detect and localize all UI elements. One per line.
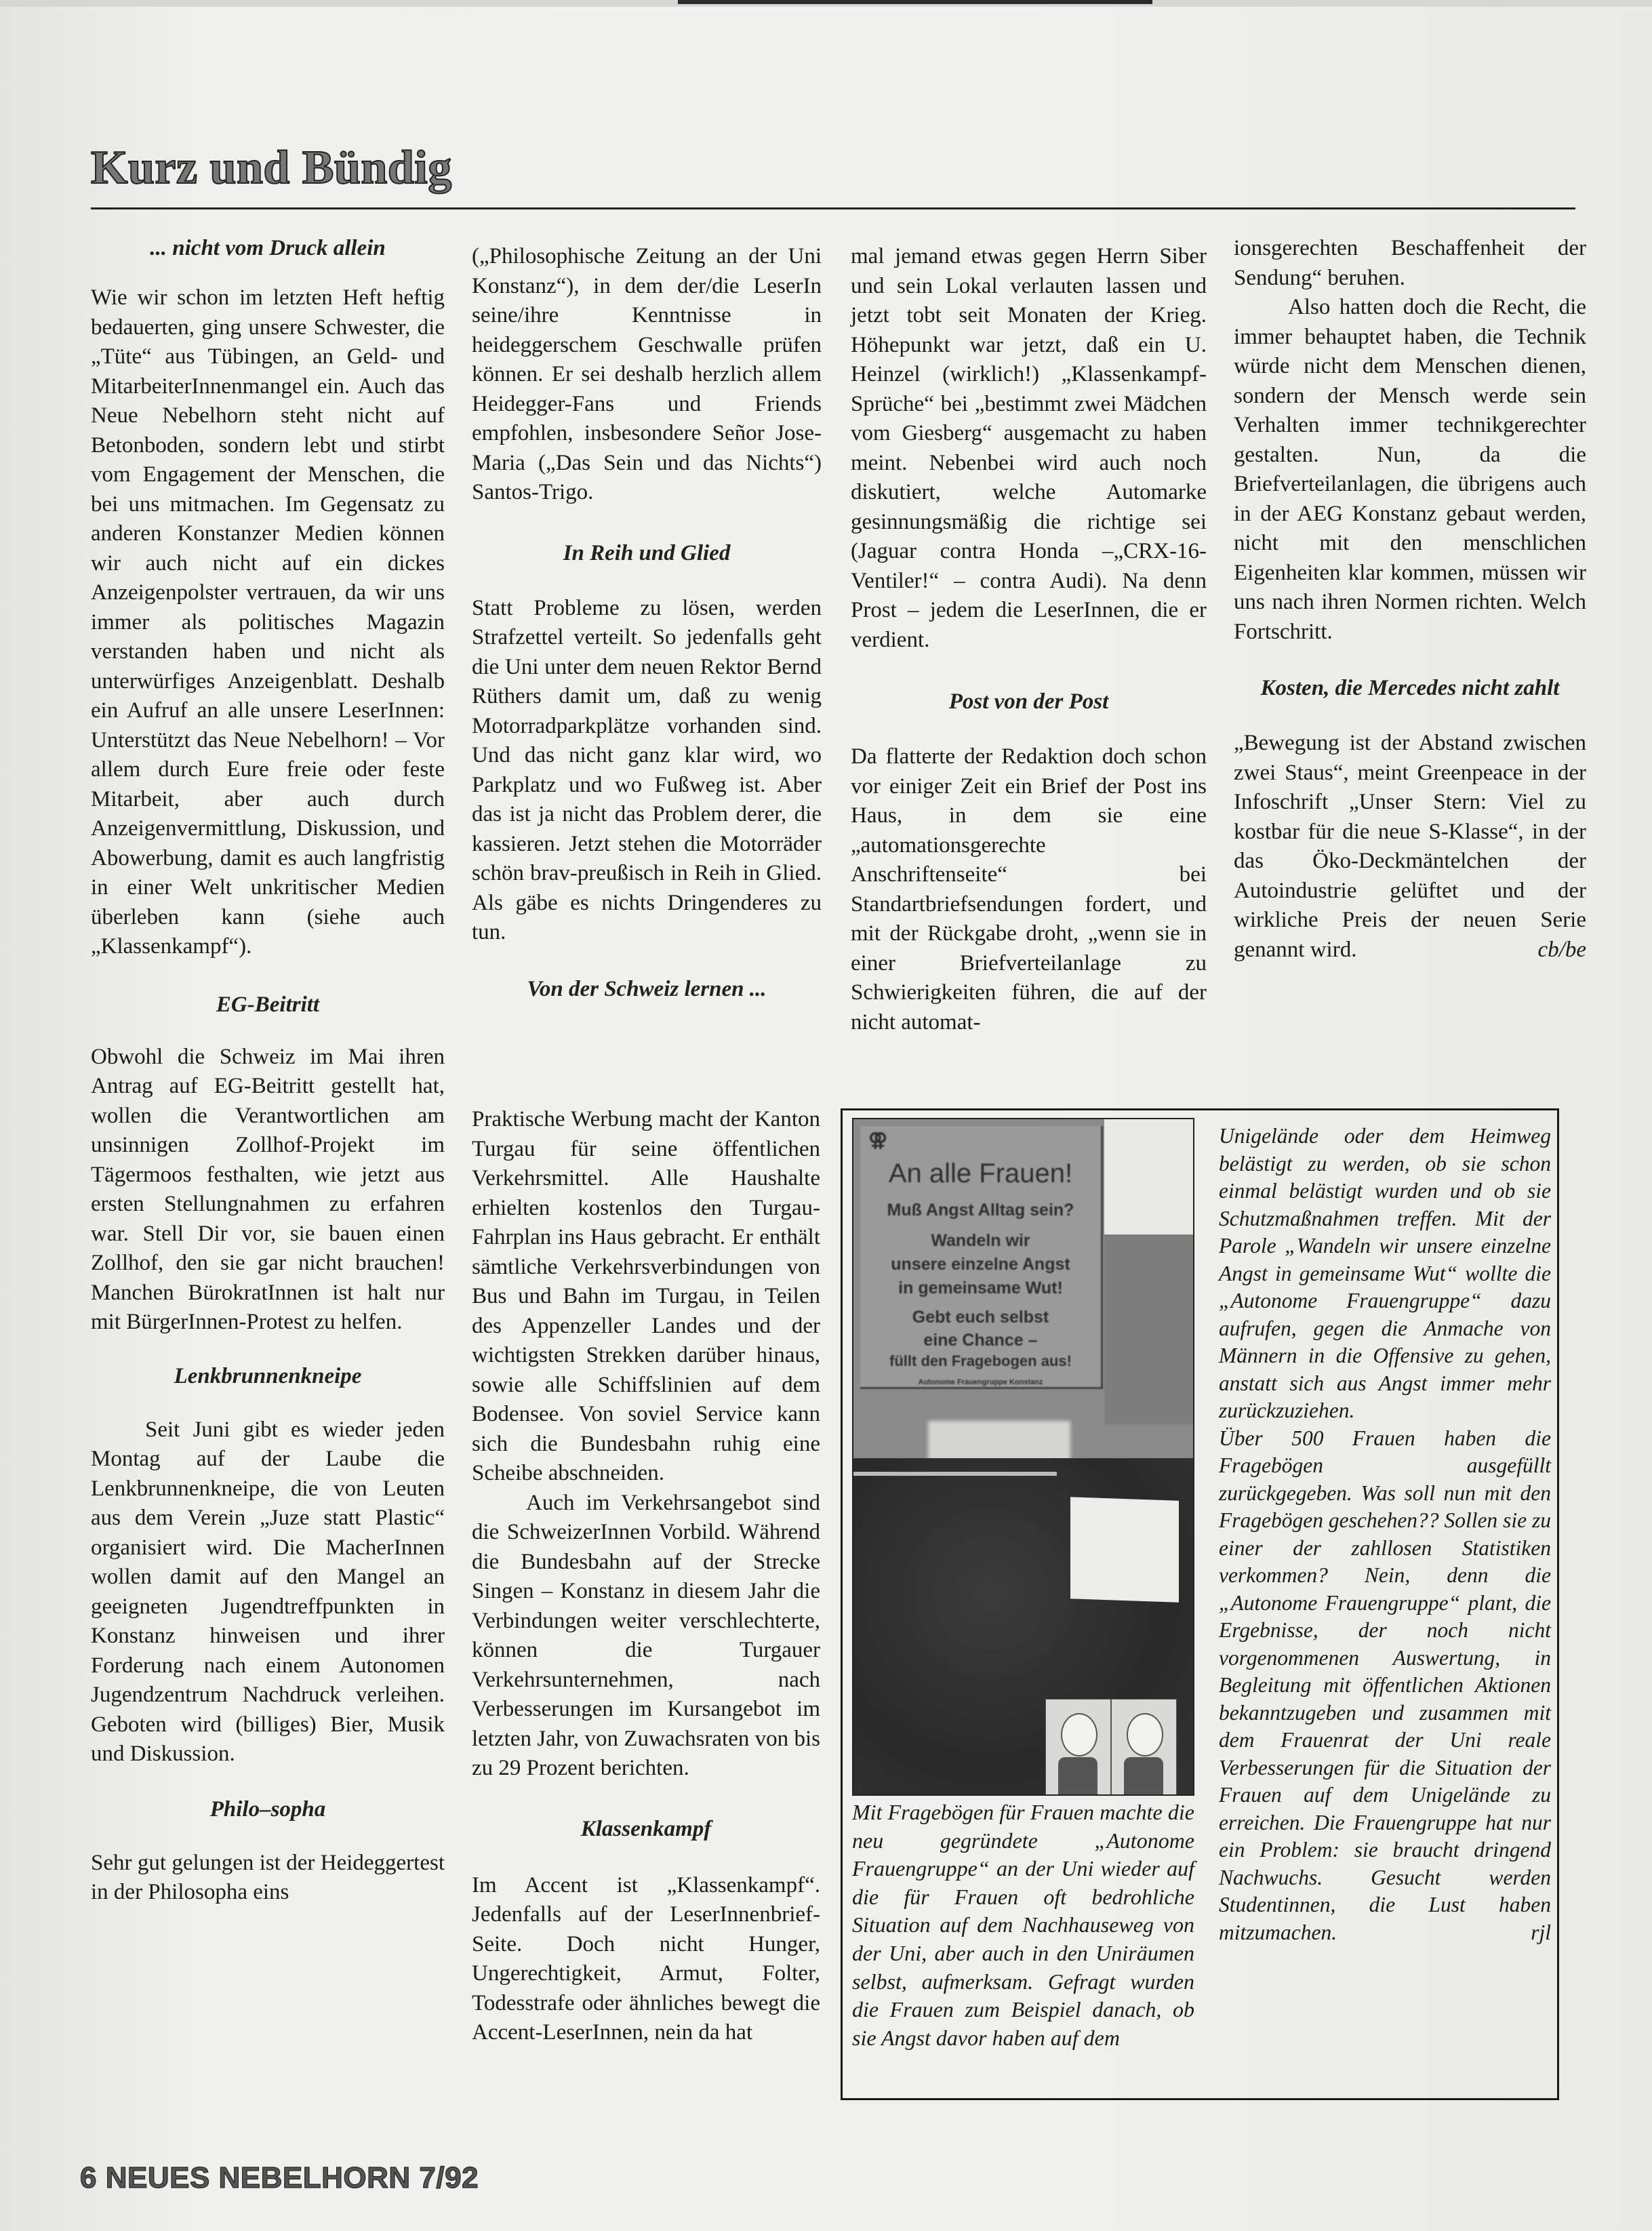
author-signature: cb/be: [1538, 936, 1586, 965]
article-body: Auch im Verkehrsangebot sind die Schweiz…: [472, 1489, 820, 1784]
placard-line: Autonome Frauengruppe Konstanz: [860, 1378, 1101, 1386]
figure-body: [1124, 1757, 1163, 1794]
article-heading: In Reih und Glied: [472, 539, 822, 568]
article-body: Im Accent ist „Klassenkampf“. Jedenfalls…: [472, 1871, 820, 2048]
boxed-paragraph: Unigelände oder dem Heimweg belästigt zu…: [1219, 1123, 1551, 1425]
article-heading: Von der Schweiz lernen ...: [472, 975, 822, 1004]
photo-caption: Mit Fragebögen für Frauen machte die neu…: [852, 1798, 1194, 2052]
placard-line: Wandeln wir: [860, 1231, 1101, 1251]
placard-line: füllt den Fragebogen aus!: [860, 1352, 1101, 1370]
article-body: „Bewegung ist der Abstand zwischen zwei …: [1234, 729, 1586, 965]
face-icon: [1127, 1713, 1163, 1756]
article-body: Da flatterte der Redaktion doch schon vo…: [851, 742, 1207, 1037]
article-body: Obwohl die Schweiz im Mai ihren Antrag a…: [91, 1043, 445, 1338]
face-icon: [1061, 1713, 1097, 1756]
sticker-left: [1045, 1699, 1111, 1795]
title-rule: [91, 207, 1575, 209]
boxed-article-text: Unigelände oder dem Heimweg belästigt zu…: [1219, 1123, 1551, 1946]
article-continuation: Also hatten doch die Recht, die immer be…: [1234, 293, 1586, 647]
column-2-lower: Praktische Werbung macht der Kanton Turg…: [472, 1105, 820, 2048]
page-footer: 6 NEUES NEBELHORN 7/92: [80, 2161, 479, 2195]
article-body: Sehr gut gelungen ist der Heideggertest …: [91, 1849, 445, 1908]
placard-line: An alle Frauen!: [860, 1159, 1101, 1189]
placard-line: unsere einzelne Angst: [860, 1255, 1101, 1274]
article-continuation: („Philosophische Zeitung an der Uni Kons…: [472, 242, 822, 508]
figure-body: [1058, 1757, 1097, 1794]
column-1: ... nicht vom Druck allein Wie wir schon…: [91, 234, 445, 1908]
photo-ledge: [853, 1472, 1057, 1476]
article-heading: ... nicht vom Druck allein: [91, 234, 445, 263]
article-heading: Kosten, die Mercedes nicht zahlt: [1234, 674, 1586, 703]
feminist-symbol-icon: ⚢: [868, 1129, 887, 1151]
placard-line: Muß Angst Alltag sein?: [860, 1201, 1101, 1220]
article-heading: Philo–sopha: [91, 1795, 445, 1824]
photo-paper-sheet: [1070, 1497, 1179, 1603]
article-body: Statt Probleme zu lösen, werden Strafzet…: [472, 594, 822, 948]
photo-wall: [1104, 1119, 1194, 1234]
article-heading: Post von der Post: [851, 687, 1207, 717]
article-body: Seit Juni gibt es wieder jeden Montag au…: [91, 1415, 445, 1769]
photo: ⚢ An alle Frauen! Muß Angst Alltag sein?…: [852, 1118, 1194, 1796]
article-heading: EG-Beitritt: [91, 990, 445, 1020]
article-body: Wie wir schon im letzten Heft heftig bed…: [91, 283, 445, 962]
boxed-paragraph: Über 500 Frauen haben die Fragebögen aus…: [1219, 1425, 1551, 1947]
photo-wall-shadow: [1104, 1234, 1194, 1424]
placard-line: Gebt euch selbst: [860, 1308, 1101, 1327]
placard-line: eine Chance –: [860, 1331, 1101, 1350]
column-4: ionsgerechten Beschaffenheit der Sendung…: [1234, 234, 1586, 965]
section-title: Kurz und Bündig: [91, 141, 452, 195]
article-body: Praktische Werbung macht der Kanton Turg…: [472, 1105, 820, 1489]
article-heading: Lenkbrunnenkneipe: [91, 1362, 445, 1391]
print-mark: [678, 0, 1152, 4]
article-heading: Klassenkampf: [472, 1815, 820, 1844]
column-2: („Philosophische Zeitung an der Uni Kons…: [472, 242, 822, 1004]
sticker-right: [1111, 1699, 1177, 1795]
article-continuation: ionsgerechten Beschaffenheit der Sendung…: [1234, 234, 1586, 293]
placard-poster: ⚢ An alle Frauen! Muß Angst Alltag sein?…: [860, 1126, 1103, 1389]
boxed-article: ⚢ An alle Frauen! Muß Angst Alltag sein?…: [841, 1108, 1559, 2100]
placard-line: in gemeinsame Wut!: [860, 1279, 1101, 1298]
author-signature: rjl: [1531, 1919, 1551, 1947]
column-3: mal jemand etwas gegen Herrn Siber und s…: [851, 242, 1207, 1037]
article-continuation: mal jemand etwas gegen Herrn Siber und s…: [851, 242, 1207, 655]
